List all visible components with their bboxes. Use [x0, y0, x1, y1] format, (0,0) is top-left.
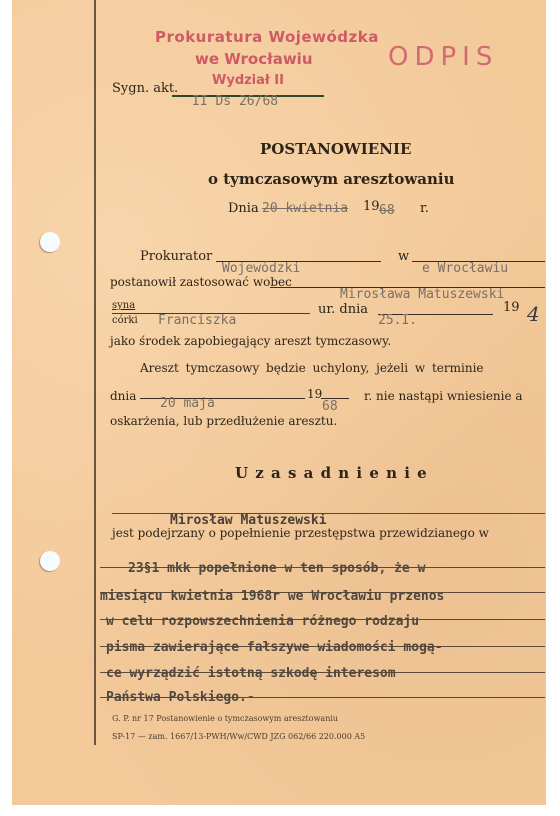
location-label: w	[398, 249, 409, 264]
document-title: POSTANOWIENIE	[260, 140, 411, 158]
punch-hole-top	[40, 232, 60, 252]
typed-line-5: ce wyrządzić istotną szkodę interesom	[106, 666, 396, 681]
deadline-label: dnia	[110, 389, 136, 403]
office-stamp-line3: Wydział II	[212, 73, 284, 88]
year-suffix: r.	[420, 201, 429, 216]
case-number-label: Sygn. akt.	[112, 81, 178, 96]
date-value: 20 kwietnia	[262, 201, 348, 216]
office-stamp-line1: Prokuratura Wojewódzka	[155, 28, 379, 46]
son-label: syna	[112, 300, 135, 311]
deadline-continuation: oskarżenia, lub przedłużenie aresztu.	[110, 414, 337, 428]
document-subtitle: o tymczasowym aresztowaniu	[208, 170, 455, 188]
deadline-year-prefix: 19	[307, 387, 322, 401]
born-date-value: 25.I.	[378, 313, 417, 328]
prosecutor-value: Wojewódzki	[222, 261, 300, 276]
footer-print-line: SP-17 — zam. 1667/13-PWH/Ww/CWD JZG 062/…	[112, 732, 365, 741]
typed-line-2: miesiącu kwietnia 1968r we Wrocławiu prz…	[100, 589, 444, 604]
born-year-prefix: 19	[503, 300, 520, 315]
deadline-tail: r. nie nastąpi wniesienie a	[364, 389, 523, 403]
justification-heading: U z a s a d n i e n i e	[235, 464, 428, 482]
parent-name-value: Franciszka	[158, 313, 236, 328]
typed-line-6: Państwa Polskiego.-	[106, 690, 255, 705]
deadline-year-value: 68	[322, 399, 338, 414]
born-label: ur. dnia	[318, 302, 368, 317]
margin-line	[94, 0, 96, 745]
typed-line-1: 23§1 mkk popełnione w ten sposób, że w	[128, 561, 425, 576]
case-number-value: II Ds 26/68	[192, 94, 278, 109]
deadline-value: 20 maja	[160, 396, 215, 411]
decided-label: postanowił zastosować wobec	[110, 275, 292, 289]
measure-text: jako środek zapobiegający areszt tymczas…	[110, 334, 391, 348]
copy-stamp: ODPIS	[388, 42, 498, 72]
location-value: e Wrocławiu	[422, 261, 508, 276]
punch-hole-bottom	[40, 551, 60, 571]
year-value: 68	[379, 203, 395, 218]
born-year-handwritten: 4	[527, 302, 540, 326]
daughter-label: córki	[112, 315, 138, 326]
date-label: Dnia	[228, 201, 259, 216]
year-prefix: 19	[363, 199, 380, 214]
revoke-text: Areszt tymczasowy będzie uchylony, jeżel…	[140, 361, 484, 375]
typed-line-4: pisma zawierające fałszywe wiadomości mo…	[106, 640, 443, 655]
justification-suspect-text: jest podejrzany o popełnienie przestępst…	[112, 526, 489, 540]
suspect-name-value: Mirosława Matuszewski	[340, 287, 504, 302]
footer-form-line: G. P. nr 17 Postanowienie o tymczasowym …	[112, 714, 338, 723]
typed-line-3: w celu rozpowszechnienia różnego rodzaju	[106, 614, 419, 629]
prosecutor-label: Prokurator	[140, 249, 212, 264]
office-stamp-line2: we Wrocławiu	[195, 50, 313, 68]
